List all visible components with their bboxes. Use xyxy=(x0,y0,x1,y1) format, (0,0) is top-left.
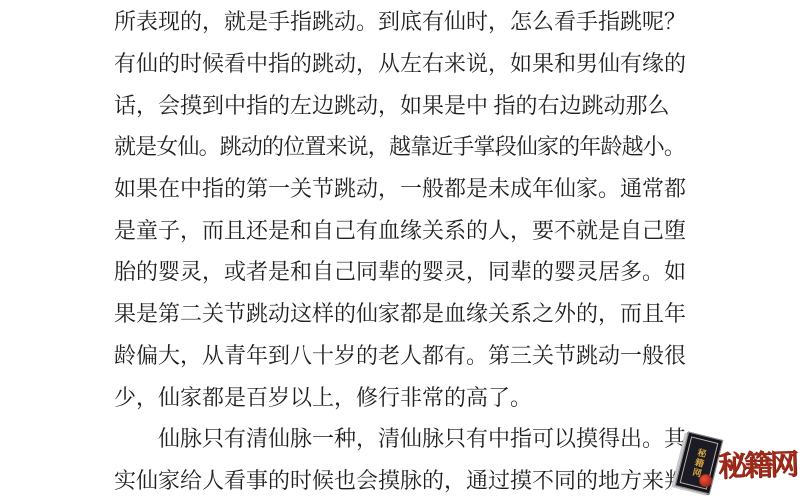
text-line: 龄偏大，从青年到八十岁的老人都有。第三关节跳动一般很 xyxy=(114,334,714,376)
scanned-page: 所表现的，就是手指跳动。到底有仙时，怎么看手指跳呢？ 有仙的时候看中指的跳动，从… xyxy=(0,0,800,500)
text-line: 仙脉只有清仙脉一种，清仙脉只有中指可以摸得出。其 xyxy=(114,417,714,459)
body-text: 所表现的，就是手指跳动。到底有仙时，怎么看手指跳呢？ 有仙的时候看中指的跳动，从… xyxy=(114,0,714,500)
text-line: 果是第二关节跳动这样的仙家都是血缘关系之外的，而且年 xyxy=(114,292,714,334)
seal-icon xyxy=(699,474,712,487)
text-line: 是童子，而且还是和自己有血缘关系的人，要不就是自己堕 xyxy=(114,208,714,250)
text-line: 就是女仙。跳动的位置来说，越靠近手掌段仙家的年龄越小。 xyxy=(114,125,714,167)
text-line: 所表现的，就是手指跳动。到底有仙时，怎么看手指跳呢？ xyxy=(114,0,714,42)
watermark-site-name: 秘籍网 xyxy=(717,448,800,485)
text-line: 如果在中指的第一关节跳动，一般都是未成年仙家。通常都 xyxy=(114,167,714,209)
text-line: 有仙的时候看中指的跳动，从左右来说，如果和男仙有缘的 xyxy=(114,42,714,84)
text-line: 话，会摸到中指的左边跳动，如果是中 指的右边跳动那么 xyxy=(114,83,714,125)
book-icon: 秘籍网 xyxy=(675,431,723,494)
text-line: 少，仙家都是百岁以上，修行非常的高了。 xyxy=(114,375,714,417)
text-line: 胎的婴灵，或者是和自己同辈的婴灵，同辈的婴灵居多。如 xyxy=(114,250,714,292)
watermark: 秘籍网 秘籍网 xyxy=(660,425,800,500)
text-line: 实仙家给人看事的时候也会摸脉的，通过摸不同的地方来判 xyxy=(114,459,714,500)
